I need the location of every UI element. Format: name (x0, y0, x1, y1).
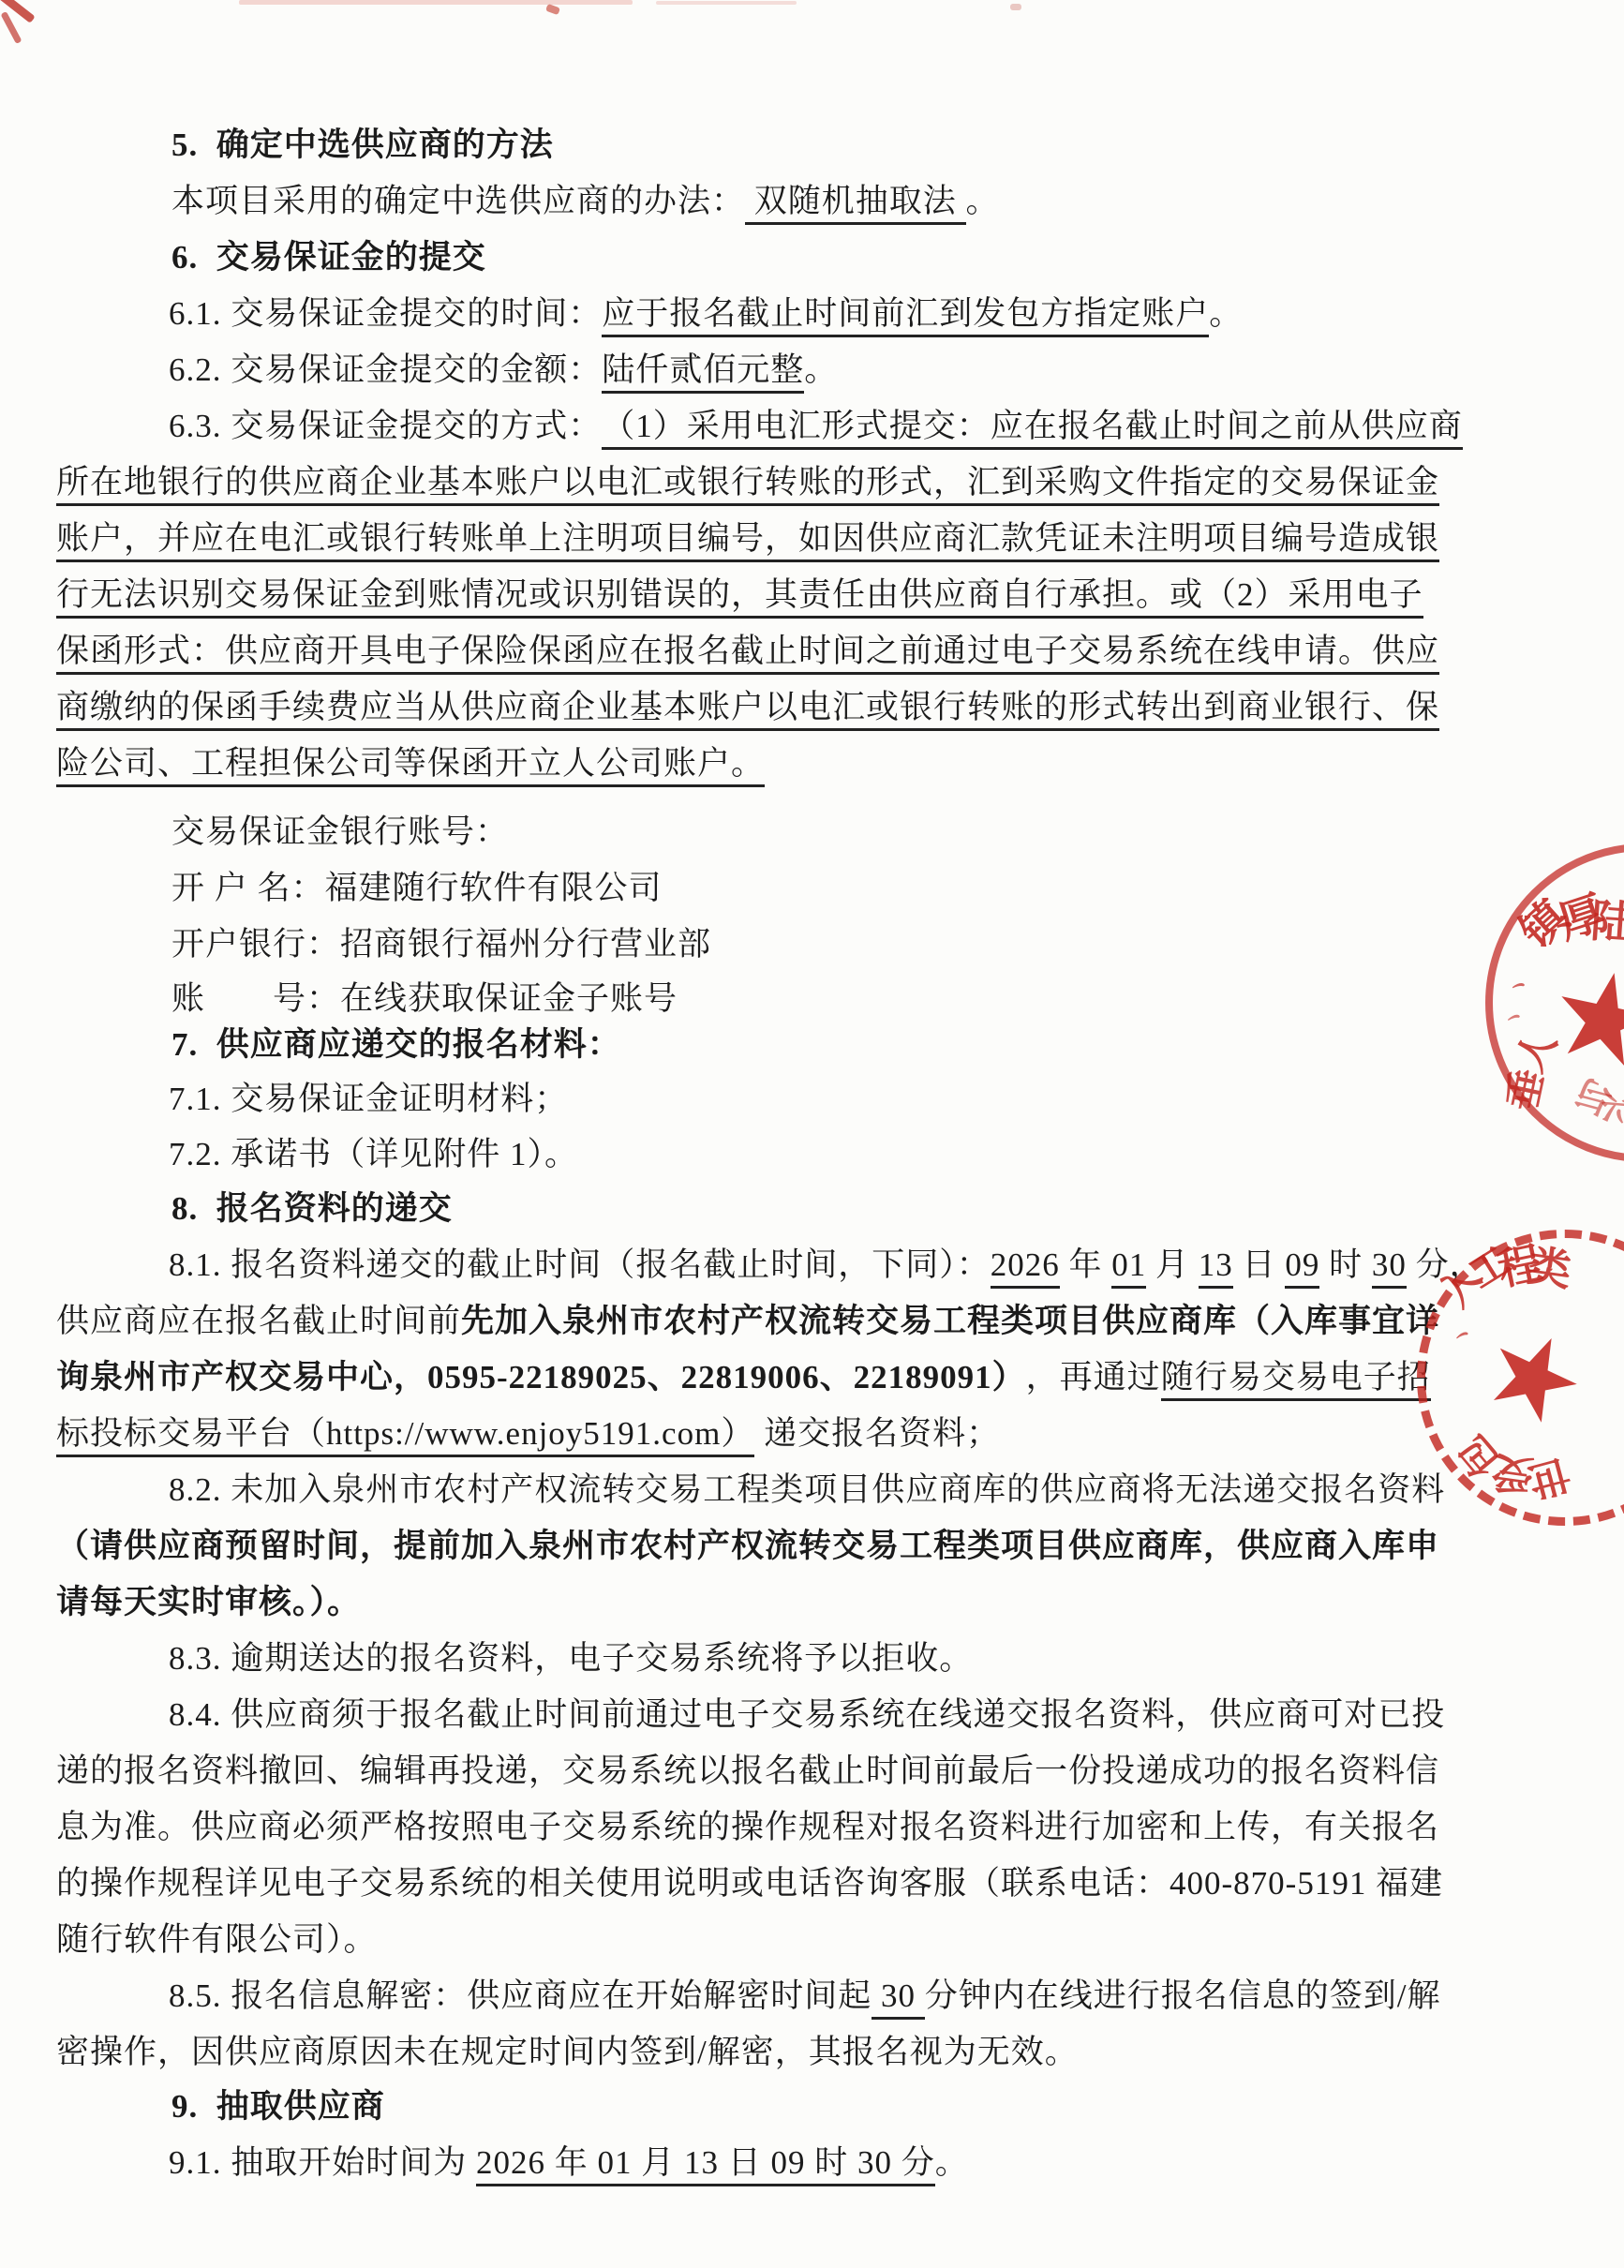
item-8-3: 8.3. 逾期送达的报名资料，电子交易系统将予以拒收。 (169, 1640, 973, 1678)
text-segment: 09 (1285, 1246, 1319, 1289)
text-segment: 所在地银行的供应商企业基本账户以电汇或银行转账的形式，汇到采购文件指定的交易保证… (56, 464, 1439, 506)
item-7-1: 7.1. 交易保证金证明材料； (169, 1081, 568, 1118)
text-segment: 8.3. 逾期送达的报名资料，电子交易系统将予以拒收。 (169, 1640, 973, 1678)
text-segment: 30 (872, 1977, 925, 2020)
text-segment: 标投标交易平台（https://www.enjoy5191.com） (56, 1415, 754, 1457)
text-segment: 2026 年 01 月 13 日 09 时 30 分 (476, 2144, 935, 2186)
text-segment: 日 (1233, 1246, 1286, 1284)
section-5-heading: 5. 确定中选供应商的方法 (171, 127, 554, 164)
text-segment: （1）采用电汇形式提交：应在报名截止时间之前从供应商 (602, 408, 1463, 450)
text-segment: 请每天实时审核。）。 (56, 1584, 361, 1621)
text-segment: 。 (935, 2144, 969, 2182)
text-segment: 9.1. 抽取开始时间为 (169, 2144, 476, 2182)
text-segment: 先加入泉州市农村产权流转交易工程类项目供应商库（入库事宜详 (461, 1303, 1439, 1340)
text-segment: 8.1. 报名资料递交的截止时间（报名截止时间，下同）： (169, 1246, 991, 1284)
item-6-3-cont-6: 险公司、工程担保公司等保函开立人公司账户。 (56, 745, 765, 787)
text-segment: 6.2. 交易保证金提交的金额： (169, 351, 602, 389)
item-8-1-cont-2: 询泉州市产权交易中心，0595-22189025、22819006、221890… (56, 1359, 1431, 1401)
text-segment: 开 户 名：福建随行软件有限公司 (171, 870, 663, 907)
text-segment: 8.4. 供应商须于报名截止时间前通过电子交易系统在线递交报名资料，供应商可对已… (169, 1696, 1445, 1734)
item-9-1: 9.1. 抽取开始时间为 2026 年 01 月 13 日 09 时 30 分。 (169, 2144, 969, 2186)
text-segment: （请供应商预留时间，提前加入泉州市农村产权流转交易工程类项目供应商库，供应商入库… (56, 1528, 1439, 1565)
section-6-heading: 6. 交易保证金的提交 (171, 239, 486, 276)
item-8-1-cont-1: 供应商应在报名截止时间前先加入泉州市农村产权流转交易工程类项目供应商库（入库事宜… (56, 1303, 1439, 1340)
bank-account-number: 账 号：在线获取保证金子账号 (171, 980, 678, 1018)
text-segment: 13 (1199, 1246, 1233, 1289)
item-8-4-cont-2: 息为准。供应商必须严格按照电子交易系统的操作规程对报名资料进行加密和上传，有关报… (56, 1809, 1439, 1846)
text-segment: 陆仟贰佰元整 (602, 351, 804, 394)
item-8-4-cont-4: 随行软件有限公司）。 (56, 1921, 378, 1959)
text-segment: 险公司、工程担保公司等保函开立人公司账户。 (56, 745, 765, 787)
text-segment: 6. 交易保证金的提交 (171, 239, 486, 276)
text-segment: 。 (1209, 295, 1243, 333)
text-segment: 7.1. 交易保证金证明材料； (169, 1081, 568, 1118)
text-segment: 账户，并应在电汇或银行转账单上注明项目编号，如因供应商汇款凭证未注明项目编号造成… (56, 520, 1439, 562)
text-segment: 递的报名资料撤回、编辑再投递，交易系统以报名截止时间前最后一份投递成功的报名资料… (56, 1753, 1439, 1790)
text-segment: 8. 报名资料的递交 (171, 1190, 453, 1228)
item-8-4: 8.4. 供应商须于报名截止时间前通过电子交易系统在线递交报名资料，供应商可对已… (169, 1696, 1445, 1734)
text-segment: 6.3. 交易保证金提交的方式： (169, 408, 602, 445)
text-segment: 。 (804, 351, 838, 389)
item-6-3: 6.3. 交易保证金提交的方式：（1）采用电汇形式提交：应在报名截止时间之前从供… (169, 408, 1463, 450)
text-segment: 时 (1319, 1246, 1372, 1284)
text-segment: 7.2. 承诺书（详见附件 1）。 (169, 1136, 578, 1173)
text-segment: 账 号：在线获取保证金子账号 (171, 980, 678, 1018)
text-segment: 询泉州市产权交易中心，0595-22189025、22819006、221890… (56, 1359, 1026, 1396)
seal-character: 类 (1525, 1231, 1576, 1299)
text-segment: 8.5. 报名信息解密：供应商应在开始解密时间起 (169, 1977, 872, 2015)
text-segment: 供应商应在报名截止时间前 (56, 1303, 461, 1340)
seal-character: 陆 (1589, 885, 1624, 952)
text-segment: 2026 (991, 1246, 1060, 1289)
section-9-heading: 9. 抽取供应商 (171, 2088, 385, 2126)
item-6-3-cont-2: 账户，并应在电汇或银行转账单上注明项目编号，如因供应商汇款凭证未注明项目编号造成… (56, 520, 1439, 562)
item-8-2-cont-1: （请供应商预留时间，提前加入泉州市农村产权流转交易工程类项目供应商库，供应商入库… (56, 1528, 1439, 1565)
text-segment: 6.1. 交易保证金提交的时间： (169, 295, 602, 333)
item-8-5-cont-1: 密操作，因供应商原因未在规定时间内签到/解密，其报名视为无效。 (56, 2034, 1079, 2071)
text-segment: 8.2. 未加入泉州市农村产权流转交易工程类项目供应商库的供应商将无法递交报名资… (169, 1471, 1445, 1509)
bank-account-bank: 开户银行：招商银行福州分行营业部 (171, 926, 711, 963)
item-8-1-cont-3: 标投标交易平台（https://www.enjoy5191.com） 递交报名资… (56, 1415, 1000, 1457)
text-segment: 双随机抽取法 (745, 183, 966, 225)
text-segment: 应于报名截止时间前汇到发包方指定账户 (602, 295, 1209, 337)
text-segment: 行无法识别交易保证金到账情况或识别错误的，其责任由供应商自行承担。或（2）采用电… (56, 576, 1423, 619)
text-segment: 递交报名资料； (754, 1415, 1000, 1453)
text-segment: 随行易交易电子招 (1161, 1359, 1431, 1401)
text-segment: 。 (966, 183, 1000, 220)
item-8-4-cont-3: 的操作规程详见电子交易系统的相关使用说明或电话咨询客服（联系电话：400-870… (56, 1865, 1443, 1902)
item-8-4-cont-1: 递的报名资料撤回、编辑再投递，交易系统以报名截止时间前最后一份投递成功的报名资料… (56, 1753, 1439, 1790)
seal-character: 兴 (1599, 1080, 1624, 1136)
red-ink-smudge (656, 1, 797, 5)
item-6-2: 6.2. 交易保证金提交的金额：陆仟贰佰元整。 (169, 351, 838, 394)
text-segment: 开户银行：招商银行福州分行营业部 (171, 926, 711, 963)
item-8-5: 8.5. 报名信息解密：供应商应在开始解密时间起 30 分钟内在线进行报名信息的… (169, 1977, 1441, 2020)
text-segment: 01 (1111, 1246, 1146, 1289)
red-ink-smudge (545, 4, 560, 15)
text-segment: 本项目采用的确定中选供应商的办法： (171, 183, 745, 220)
section-5-body: 本项目采用的确定中选供应商的办法： 双随机抽取法 。 (171, 183, 1000, 225)
item-6-3-cont-3: 行无法识别交易保证金到账情况或识别错误的，其责任由供应商自行承担。或（2）采用电… (56, 576, 1423, 619)
section-7-heading: 7. 供应商应递交的报名材料： (171, 1026, 621, 1064)
item-8-1: 8.1. 报名资料递交的截止时间（报名截止时间，下同）：2026 年 01 月 … (169, 1246, 1483, 1289)
item-6-3-cont-5: 商缴纳的保函手续费应当从供应商企业基本账户以电汇或银行转账的形式转出到商业银行、… (56, 689, 1439, 731)
text-segment: 7. 供应商应递交的报名材料： (171, 1026, 621, 1064)
text-segment: 5. 确定中选供应商的方法 (171, 127, 554, 164)
text-segment: 交易保证金银行账号： (171, 813, 509, 851)
text-segment: 息为准。供应商必须严格按照电子交易系统的操作规程对报名资料进行加密和上传，有关报… (56, 1809, 1439, 1846)
text-segment: ，再通过 (1026, 1359, 1161, 1396)
red-ink-smudge (1010, 4, 1021, 10)
text-segment: 密操作，因供应商原因未在规定时间内签到/解密，其报名视为无效。 (56, 2034, 1079, 2071)
text-segment: 9. 抽取供应商 (171, 2088, 385, 2126)
text-segment: 月 (1146, 1246, 1199, 1284)
document-page: 5. 确定中选供应商的方法本项目采用的确定中选供应商的办法： 双随机抽取法 。6… (0, 0, 1624, 2268)
item-7-2: 7.2. 承诺书（详见附件 1）。 (169, 1136, 578, 1173)
item-8-2: 8.2. 未加入泉州市农村产权流转交易工程类项目供应商库的供应商将无法递交报名资… (169, 1471, 1445, 1509)
red-ink-smudge (0, 11, 22, 44)
text-segment: 年 (1060, 1246, 1112, 1284)
text-segment: 随行软件有限公司）。 (56, 1921, 378, 1959)
text-segment: 商缴纳的保函手续费应当从供应商企业基本账户以电汇或银行转账的形式转出到商业银行、… (56, 689, 1439, 731)
item-6-1: 6.1. 交易保证金提交的时间：应于报名截止时间前汇到发包方指定账户。 (169, 295, 1243, 337)
red-ink-smudge (239, 0, 633, 5)
bank-account-name: 开 户 名：福建随行软件有限公司 (171, 870, 663, 907)
bank-account-title: 交易保证金银行账号： (171, 813, 509, 851)
text-segment: 分钟内在线进行报名信息的签到/解 (925, 1977, 1441, 2015)
text-segment: 的操作规程详见电子交易系统的相关使用说明或电话咨询客服（联系电话：400-870… (56, 1865, 1443, 1902)
item-6-3-cont-4: 保函形式：供应商开具电子保险保函应在报名截止时间之前通过电子交易系统在线申请。供… (56, 633, 1439, 675)
text-segment: 30 (1372, 1246, 1407, 1289)
item-6-3-cont-1: 所在地银行的供应商企业基本账户以电汇或银行转账的形式，汇到采购文件指定的交易保证… (56, 464, 1439, 506)
text-segment: 保函形式：供应商开具电子保险保函应在报名截止时间之前通过电子交易系统在线申请。供… (56, 633, 1439, 675)
section-8-heading: 8. 报名资料的递交 (171, 1190, 453, 1228)
item-8-2-cont-2: 请每天实时审核。）。 (56, 1584, 361, 1621)
